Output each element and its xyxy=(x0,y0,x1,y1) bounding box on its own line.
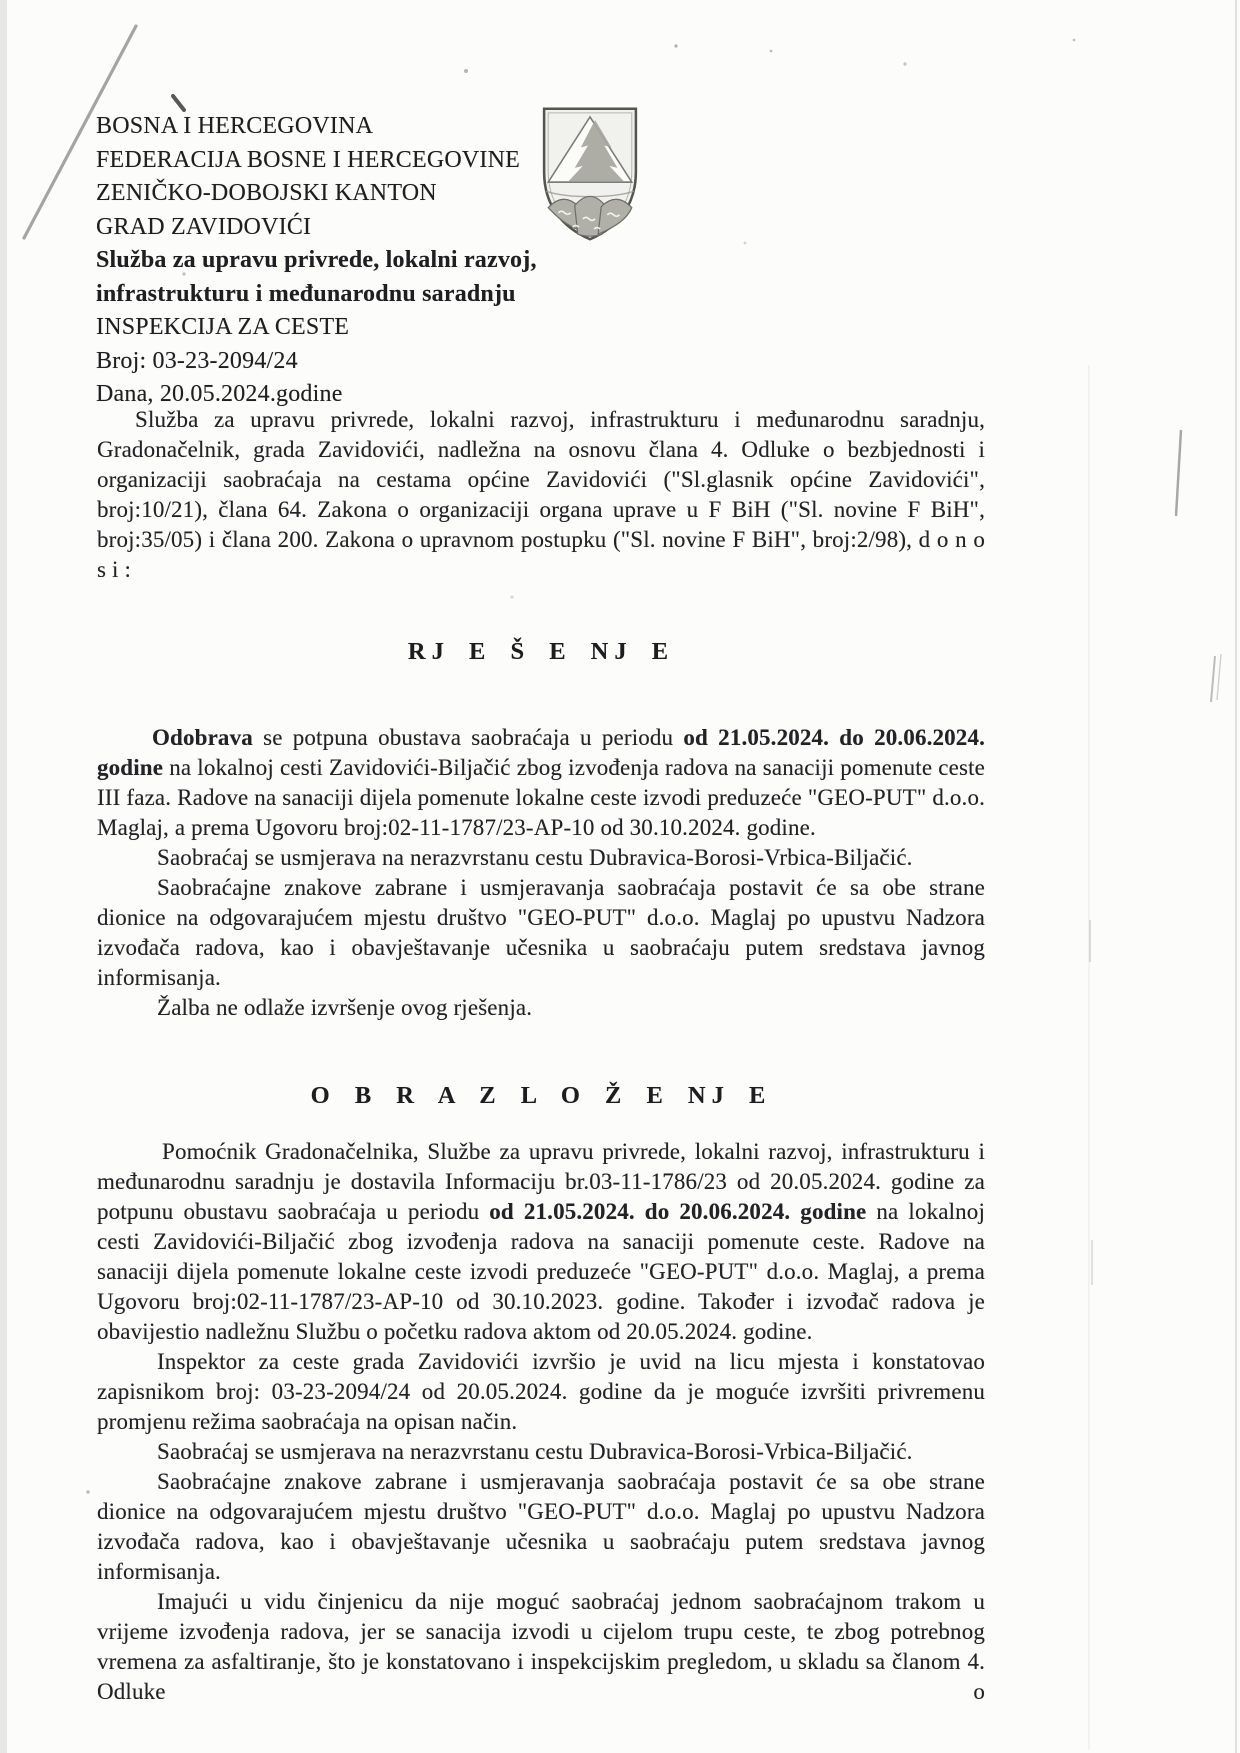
letterhead-canton: ZENIČKO-DOBOJSKI KANTON xyxy=(96,177,537,211)
preamble-paragraph: Služba za upravu privrede, lokalni razvo… xyxy=(97,405,985,585)
explanation-paragraph-2: Inspektor za ceste grada Zavidovići izvr… xyxy=(97,1347,985,1437)
decision-paragraph-2: Saobraćaj se usmjerava na nerazvrstanu c… xyxy=(97,843,985,873)
decision-paragraph-1: Odobrava se potpuna obustava saobraćaja … xyxy=(97,723,985,843)
right-margin-streak-1 xyxy=(1176,430,1181,516)
right-margin-streak-2 xyxy=(1211,656,1215,702)
decision-title: RJ E Š E NJ E xyxy=(97,637,985,667)
left-edge-shadow xyxy=(0,0,7,1753)
explanation-paragraph-3: Saobraćaj se usmjerava na nerazvrstanu c… xyxy=(97,1437,985,1467)
letterhead-federation: FEDERACIJA BOSNE I HERCEGOVINE xyxy=(96,144,537,178)
decision-p1-text-rest: na lokalnoj cesti Zavidovići-Biljačić zb… xyxy=(97,755,985,840)
explanation-title: O B R A Z L O Ž E NJ E xyxy=(97,1081,985,1111)
letterhead-country: BOSNA I HERCEGOVINA xyxy=(96,110,537,144)
decision-paragraph-3: Saobraćajne znakove zabrane i usmjeravan… xyxy=(97,873,985,993)
decision-p1-bold-verb: Odobrava xyxy=(152,725,253,750)
explanation-paragraph-5: Imajući u vidu činjenicu da nije moguć s… xyxy=(97,1587,985,1707)
tick-mark xyxy=(173,96,184,110)
letterhead-office: INSPEKCIJA ZA CESTE xyxy=(96,311,537,345)
explanation-p1-bold-period: od 21.05.2024. do 20.06.2024. godine xyxy=(489,1199,866,1224)
decision-p1-text-mid: se potpuna obustava saobraćaja u periodu xyxy=(253,725,684,750)
letterhead: BOSNA I HERCEGOVINA FEDERACIJA BOSNE I H… xyxy=(96,110,537,412)
letterhead-department-line1: Služba za upravu privrede, lokalni razvo… xyxy=(96,244,537,278)
explanation-paragraph-1: Pomoćnik Gradonačelnika, Službe za uprav… xyxy=(97,1137,985,1347)
right-margin-streak-3 xyxy=(1217,654,1221,700)
letterhead-city: GRAD ZAVIDOVIĆI xyxy=(96,211,537,245)
coat-of-arms-icon xyxy=(538,104,642,244)
scanned-document-page: BOSNA I HERCEGOVINA FEDERACIJA BOSNE I H… xyxy=(0,0,1240,1753)
explanation-paragraph-4: Saobraćajne znakove zabrane i usmjeravan… xyxy=(97,1467,985,1587)
letterhead-ref-number: Broj: 03-23-2094/24 xyxy=(96,345,537,379)
document-body: Služba za upravu privrede, lokalni razvo… xyxy=(97,405,985,1707)
decision-paragraph-4: Žalba ne odlaže izvršenje ovog rješenja. xyxy=(97,993,985,1023)
letterhead-department-line2: infrastrukturu i međunarodnu saradnju xyxy=(96,278,537,312)
